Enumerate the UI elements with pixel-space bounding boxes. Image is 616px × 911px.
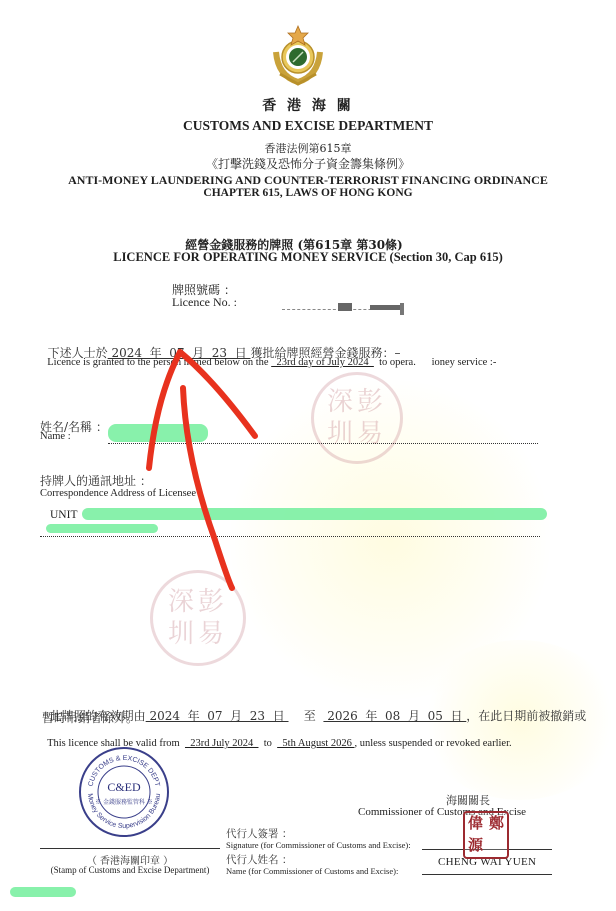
red-arrow-annotation-icon [0, 0, 616, 911]
